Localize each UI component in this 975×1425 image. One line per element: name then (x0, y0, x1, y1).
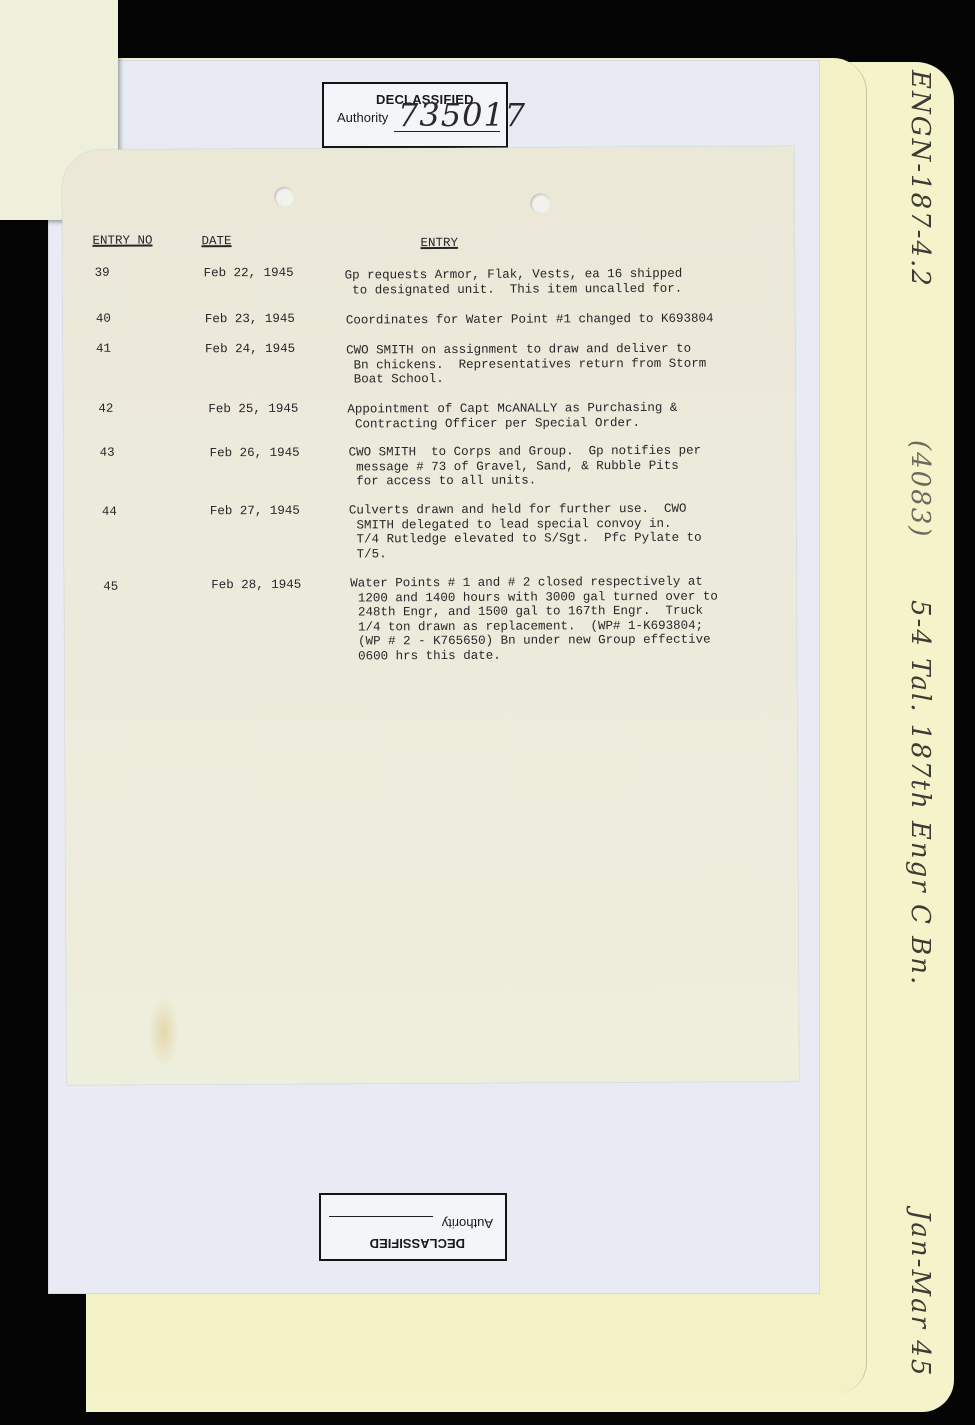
entry-number: 40 (96, 312, 111, 327)
folder-tab-date-range: Jan-Mar 45 (905, 1210, 935, 1377)
column-header-entry: ENTRY (420, 236, 458, 251)
entry-date: Feb 28, 1945 (211, 578, 301, 593)
entry-text: Culverts drawn and held for further use.… (349, 502, 702, 562)
entry-date: Feb 26, 1945 (210, 446, 300, 461)
punch-hole-icon (530, 193, 550, 213)
entry-date: Feb 23, 1945 (205, 312, 295, 327)
punch-hole-icon (274, 187, 294, 207)
entry-date: Feb 22, 1945 (204, 266, 294, 281)
declassified-stamp-bottom-inverted: DECLASSIFIED Authority (319, 1193, 507, 1261)
entry-date: Feb 24, 1945 (205, 342, 295, 357)
folder-tab-unit-description: 5-4 Tal. 187th Engr C Bn. (905, 600, 935, 986)
entry-text: CWO SMITH to Corps and Group. Gp notifie… (349, 444, 702, 489)
stamp-authority-label: Authority (442, 1216, 493, 1231)
entry-number: 42 (98, 402, 113, 417)
entry-number: 41 (96, 342, 111, 357)
stamp-signature-line (394, 131, 500, 132)
entry-text: CWO SMITH on assignment to draw and deli… (346, 342, 706, 387)
column-header-entry-no: ENTRY NO (92, 234, 152, 249)
entry-number: 44 (102, 505, 117, 520)
entry-number: 45 (103, 580, 118, 595)
stamp-title: DECLASSIFIED (370, 1236, 465, 1251)
stamp-signature-line (329, 1216, 433, 1217)
entry-text: Water Points # 1 and # 2 closed respecti… (350, 575, 718, 664)
unit-journal-page: ENTRY NO DATE ENTRY 39 Feb 22, 1945 Gp r… (62, 146, 799, 1085)
entry-text: Coordinates for Water Point #1 changed t… (346, 312, 714, 328)
column-header-date: DATE (201, 234, 231, 249)
stamp-authority-label: Authority (337, 110, 388, 125)
declassified-stamp-top: DECLASSIFIED Authority 735017 (322, 82, 508, 148)
stamp-authority-number: 735017 (398, 96, 526, 134)
entry-date: Feb 27, 1945 (210, 504, 300, 519)
entry-text: Gp requests Armor, Flak, Vests, ea 16 sh… (345, 267, 683, 298)
folder-tab-label: ENGN-187-4.2 (4083) 5-4 Tal. 187th Engr … (895, 70, 935, 1400)
folder-tab-box-number: (4083) (905, 440, 935, 538)
folder-tab-file-code: ENGN-187-4.2 (905, 70, 935, 288)
water-stain (148, 997, 178, 1067)
entry-number: 43 (100, 446, 115, 461)
entry-number: 39 (95, 266, 110, 281)
entry-date: Feb 25, 1945 (208, 402, 298, 417)
entry-text: Appointment of Capt McANALLY as Purchasi… (347, 401, 677, 432)
